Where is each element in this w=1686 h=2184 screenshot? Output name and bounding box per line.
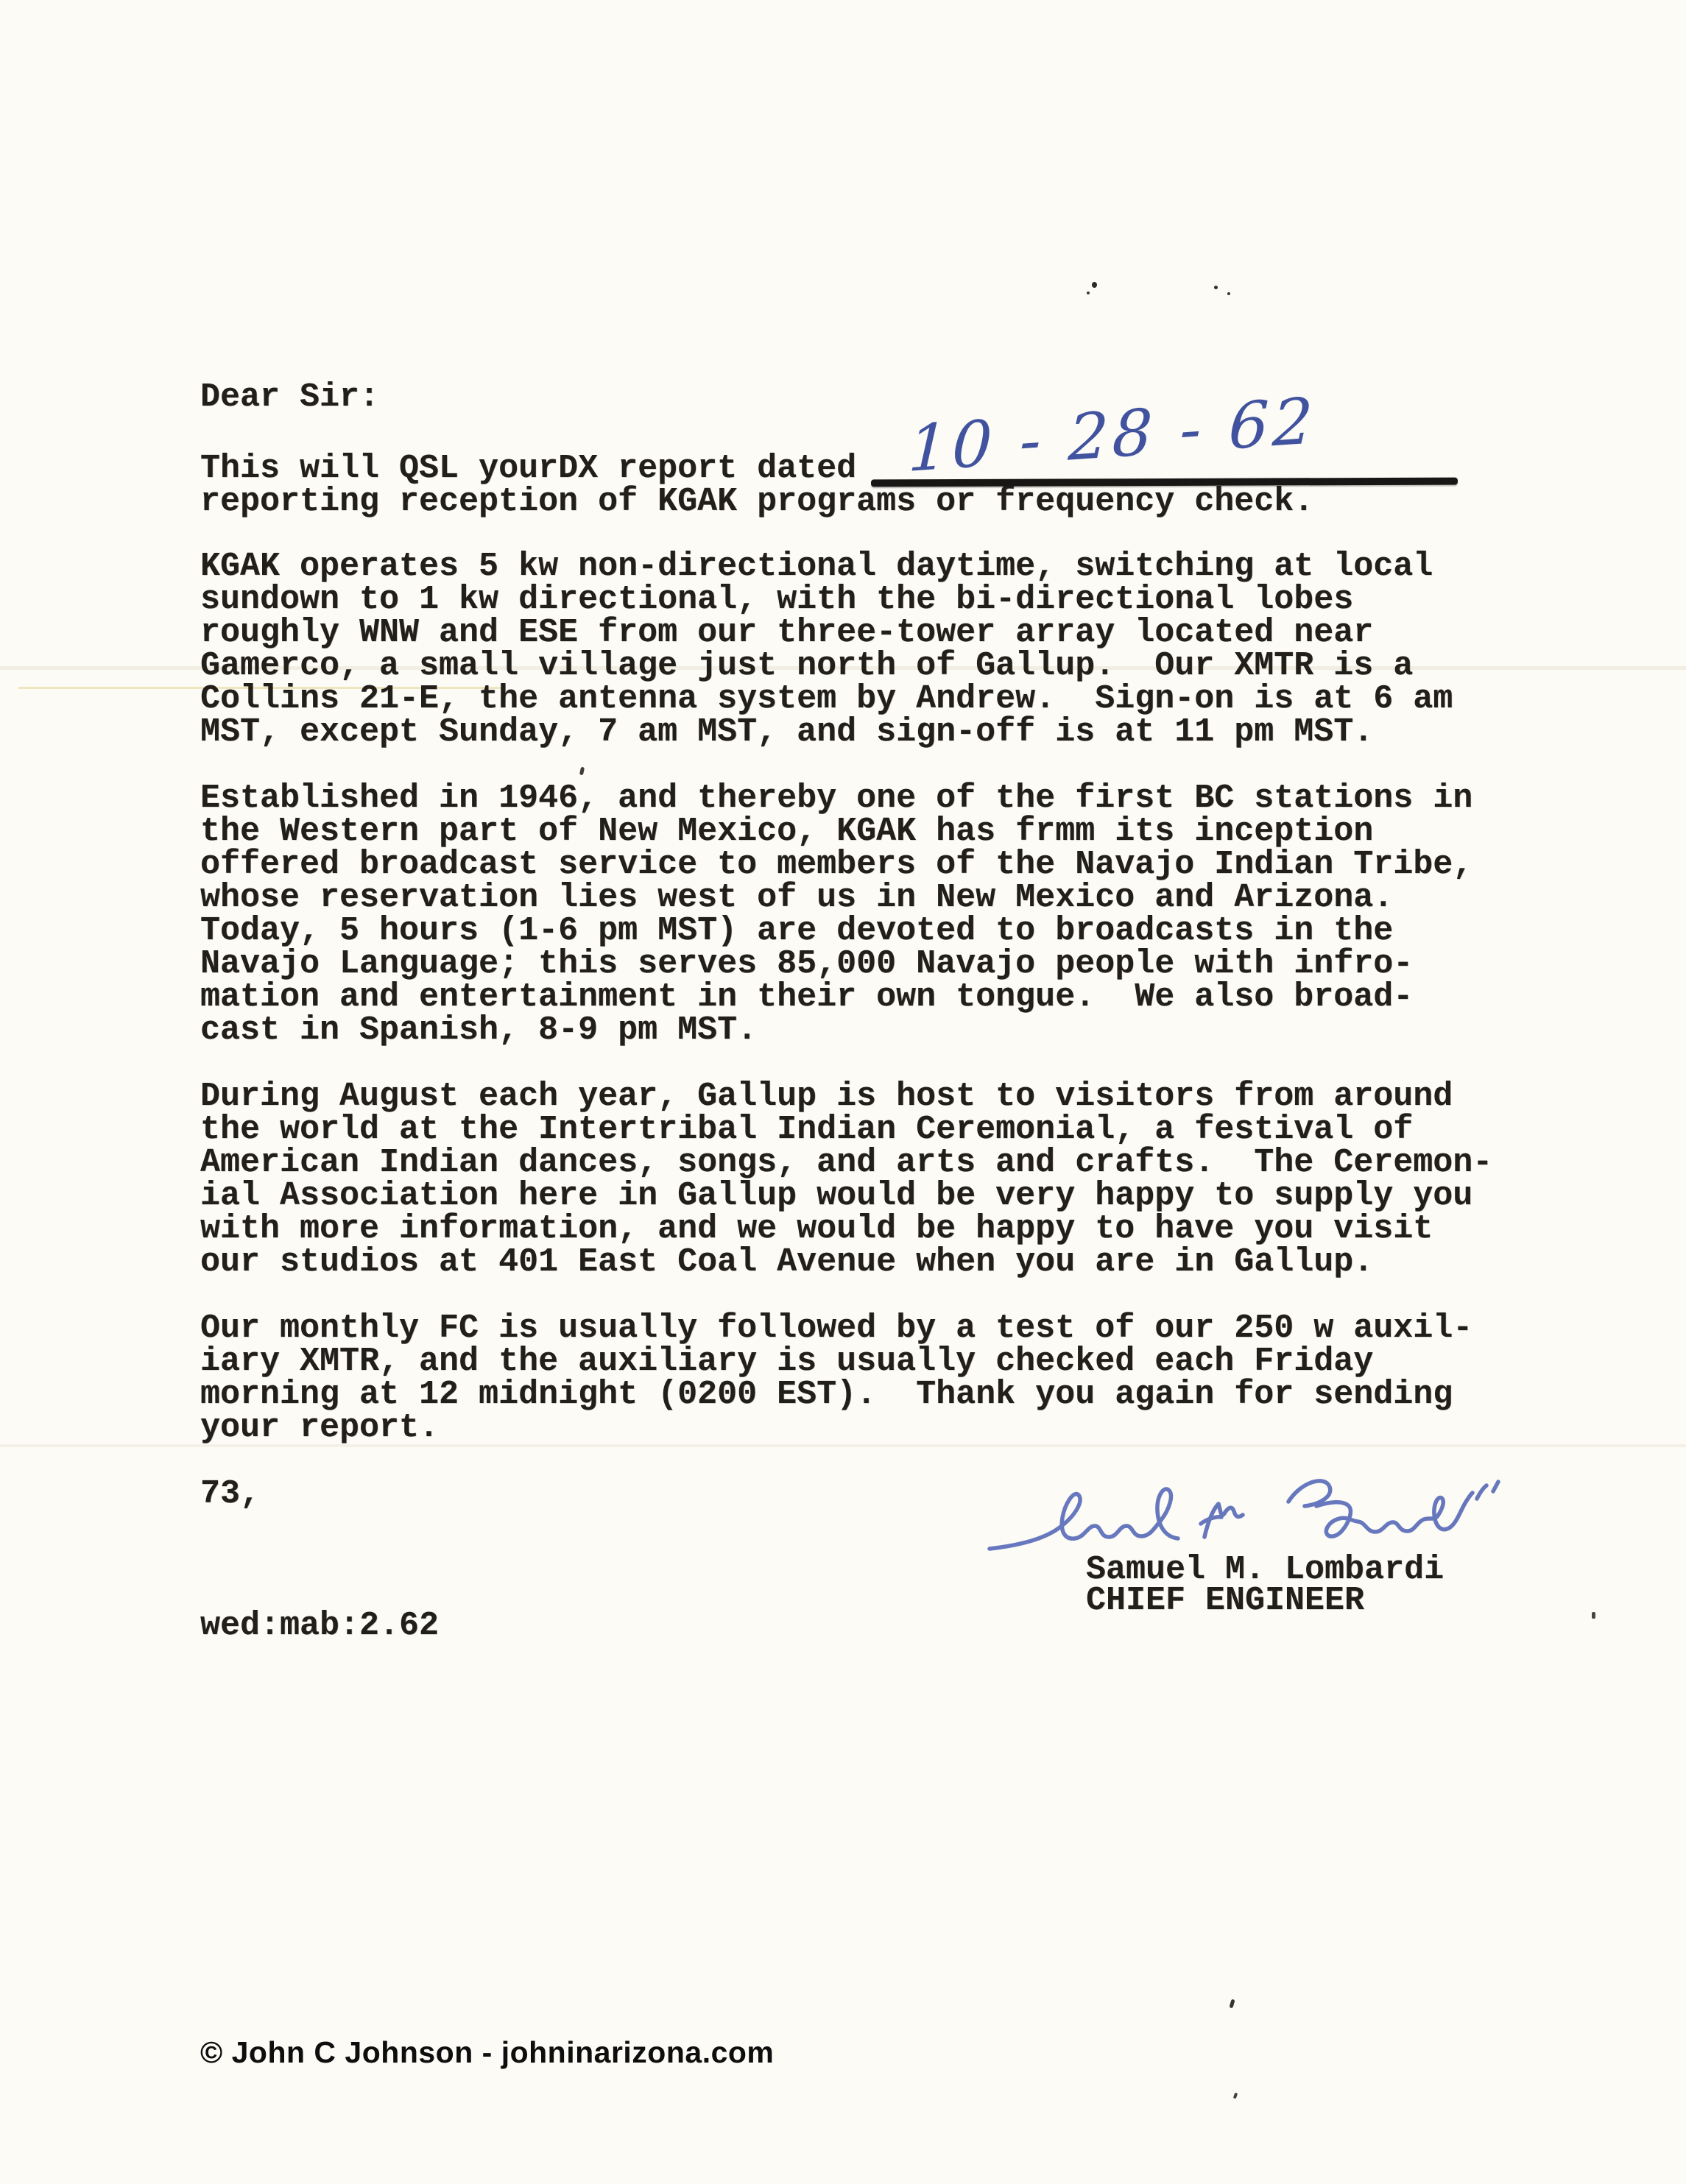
salutation: Dear Sir: xyxy=(200,381,379,414)
ink-speck xyxy=(579,767,585,776)
signature-script xyxy=(985,1472,1508,1562)
typed-title: CHIEF ENGINEER xyxy=(1086,1584,1364,1617)
typist-reference: wed:mab:2.62 xyxy=(200,1609,439,1642)
closing-73: 73, xyxy=(200,1477,260,1510)
signature-stroke-samuel xyxy=(990,1489,1178,1549)
ink-speck xyxy=(1087,291,1090,294)
ink-speck xyxy=(1092,282,1097,288)
paragraph-frequency-check: Our monthly FC is usually followed by a … xyxy=(200,1312,1472,1444)
signature-stroke-lombardi xyxy=(1288,1481,1472,1536)
paragraph-history: Established in 1946, and thereby one of … xyxy=(200,782,1472,1047)
scanned-letter-page: Dear Sir: This will QSL yourDX report da… xyxy=(0,0,1686,2184)
ink-speck xyxy=(1227,292,1230,295)
signature-stroke-flick xyxy=(1477,1482,1498,1499)
ink-speck xyxy=(1214,286,1218,289)
signature-stroke-m xyxy=(1201,1504,1243,1537)
footer-credit: © John C Johnson - johninarizona.com xyxy=(200,2036,774,2068)
ink-speck xyxy=(1233,2093,1238,2099)
paragraph-operations: KGAK operates 5 kw non-directional dayti… xyxy=(200,550,1453,749)
paragraph-ceremonial: During August each year, Gallup is host … xyxy=(200,1080,1492,1279)
ink-speck xyxy=(1229,1999,1235,2009)
ink-speck xyxy=(1592,1612,1595,1619)
